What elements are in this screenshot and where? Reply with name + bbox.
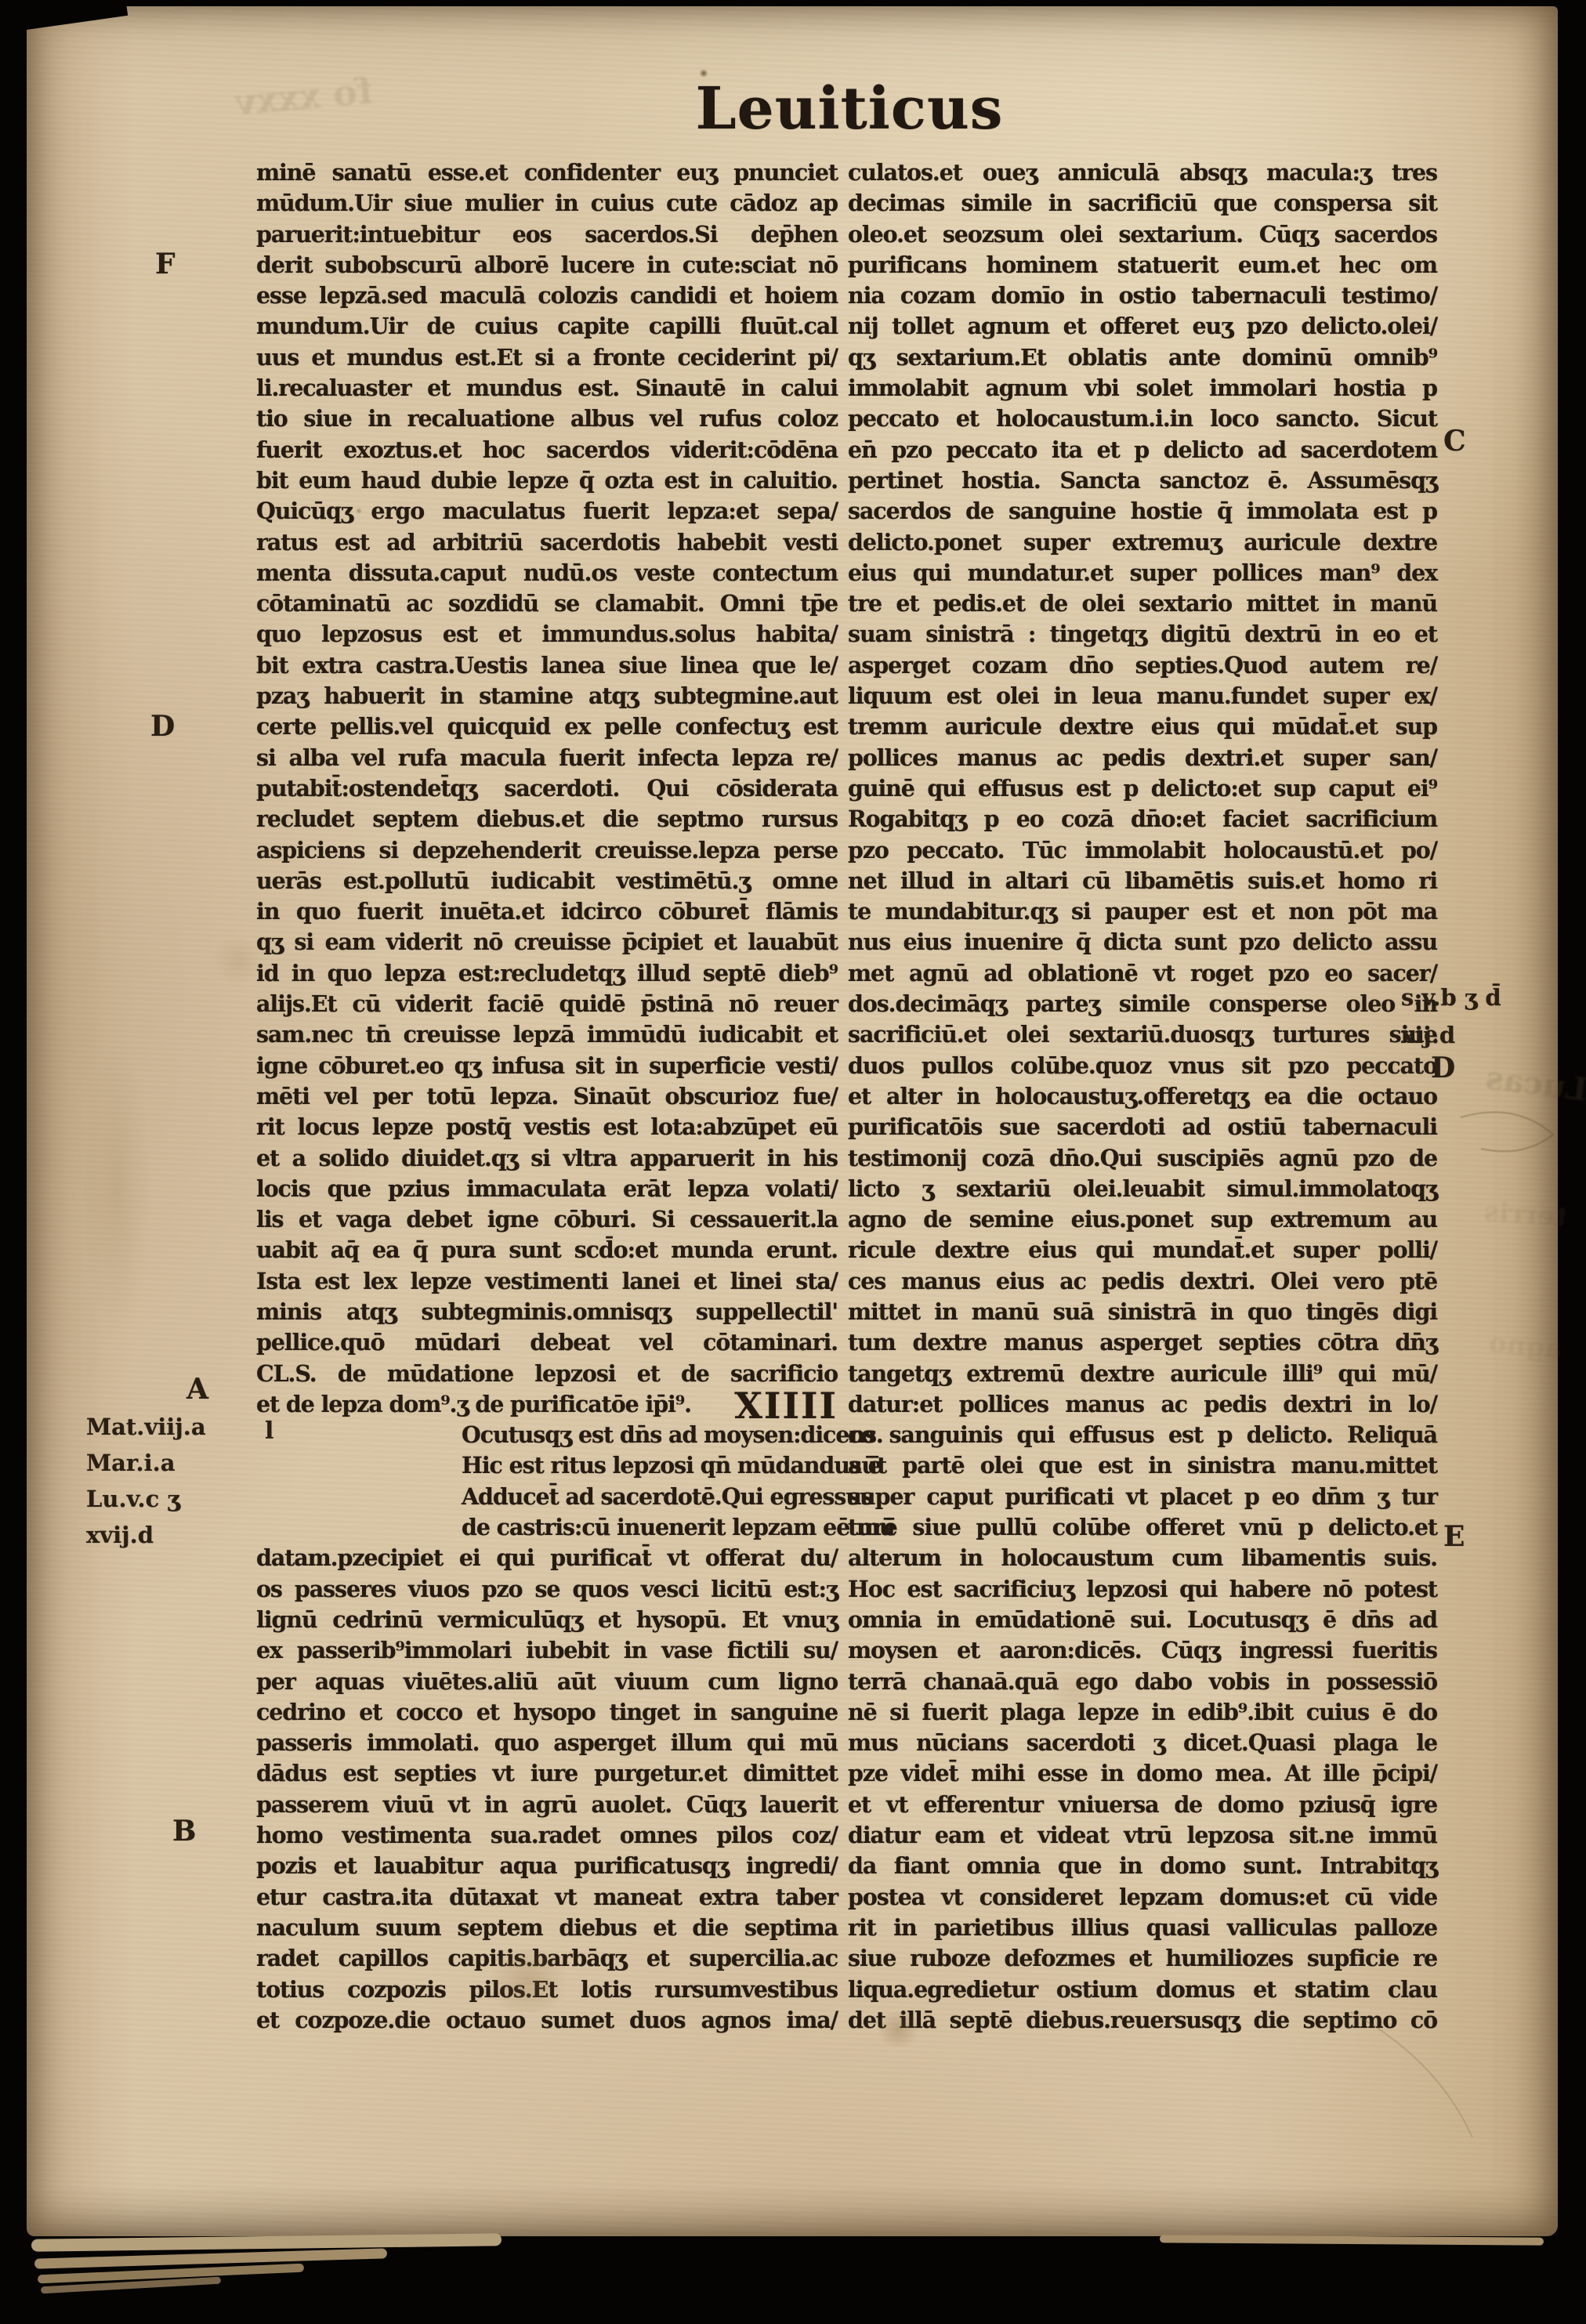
text-line: lis et vaga debet igne cōburi. Si cessau… bbox=[256, 1204, 838, 1235]
text-line: et vt efferentur vniuersa de domo pziusq… bbox=[848, 1790, 1437, 1820]
text-line: te mundabitur.qʒ si pauper est et non pō… bbox=[848, 896, 1437, 927]
text-line: totius cozpozis pilos.Et lotis rursumves… bbox=[256, 1975, 838, 2005]
text-line: mus nūcians sacerdoti ʒ dicet.Quasi plag… bbox=[848, 1728, 1437, 1758]
margin-citation-svbtd: s.v.b ʒ d̄ bbox=[1401, 986, 1501, 1009]
margin-letter-d: D bbox=[150, 715, 175, 738]
margin-letter-c: C bbox=[1443, 429, 1466, 453]
text-line: pellice.quō mūdari debeat vel cōtaminari… bbox=[256, 1327, 838, 1358]
text-line: co sanguinis qui effusus est p delicto. … bbox=[848, 1420, 1437, 1450]
text-line: rit locus lepze postq̄ vestis est lota:a… bbox=[256, 1112, 838, 1142]
guide-letter-l: l bbox=[265, 1420, 273, 1443]
text-line: agno de semine eius.ponet sup extremum a… bbox=[848, 1204, 1437, 1235]
text-line: tangetqʒ extremū dextre auricule illi⁹ q… bbox=[848, 1359, 1437, 1389]
text-line: nē si fuerit plaga lepze in edib⁹.ibit c… bbox=[848, 1697, 1437, 1728]
margin-citation-matthew: Mat.viij.a bbox=[86, 1415, 206, 1439]
text-line: dos.decimāqʒ parteʒ simile consperse ole… bbox=[848, 989, 1437, 1019]
text-line: Quicūqʒ ergo maculatus fuerit lepza:et s… bbox=[256, 496, 838, 527]
text-line: putabit̄:ostendet̄qʒ sacerdoti. Qui cōsi… bbox=[256, 773, 838, 804]
text-line: naculum suum septem diebus et die septim… bbox=[256, 1913, 838, 1943]
page-edge bbox=[41, 2277, 221, 2294]
text-line: passeris immolati. quo asperget illum qu… bbox=[256, 1728, 838, 1758]
parchment-page: Leuiticus minē sanatū esse.et confidente… bbox=[27, 6, 1558, 2236]
text-line: mēti vel per totū lepza. Sinaūt obscurio… bbox=[256, 1081, 838, 1112]
text-line: pollices manus ac pedis dextri.et super … bbox=[848, 743, 1437, 773]
text-line: omnia in emūdationē sui. Locutusqʒ ē dn̄… bbox=[848, 1605, 1437, 1635]
text-line: et cozpoze.die octauo sumet duos agnos i… bbox=[256, 2005, 838, 2036]
text-line: decimas simile in sacrificiū que consper… bbox=[848, 188, 1437, 219]
text-line: pozis et lauabitur aqua purificatusqʒ in… bbox=[256, 1851, 838, 1881]
text-line: homo vestimenta sua.radet omnes pilos co… bbox=[256, 1820, 838, 1851]
margin-letter-e: E bbox=[1443, 1525, 1465, 1548]
text-line: da fiant omnia que in domo sunt. Intrabi… bbox=[848, 1851, 1437, 1881]
text-line: diatur eam et videat vtrū lepzosa sit.ne… bbox=[848, 1820, 1437, 1851]
text-line: Ista est lex lepze vestimenti lanei et l… bbox=[256, 1266, 838, 1297]
text-line: rit in parietibus illius quasi vallicula… bbox=[848, 1913, 1437, 1943]
text-line: purificans hominem statuerit eum.et hec … bbox=[848, 250, 1437, 281]
text-line: nia cozam domīo in ostio tabernaculi tes… bbox=[848, 281, 1437, 311]
right-column: culatos.et oueʒ anniculā absqʒ macula:ʒ … bbox=[848, 157, 1437, 2036]
text-line: nus eius inuenire q̄ dicta sunt pzo deli… bbox=[848, 927, 1437, 957]
text-line: liqua.egredietur ostium domus et statim … bbox=[848, 1975, 1437, 2005]
text-line: ex passerib⁹immolari iubebit in vase fic… bbox=[256, 1635, 838, 1666]
text-line: minis atqʒ subtegminis.omnisqʒ suppellec… bbox=[256, 1297, 838, 1327]
text-line: moysen et aaron:dicēs. Cūqʒ ingressi fue… bbox=[848, 1635, 1437, 1666]
text-line: minē sanatū esse.et confidenter euʒ pnun… bbox=[256, 157, 838, 188]
text-line: mūdum.Uir siue mulier in cuius cute cādo… bbox=[256, 188, 838, 219]
rubric-text: et de lepza dom⁹.ʒ de purificatōe ip̄i⁹. bbox=[256, 1389, 691, 1420]
text-line: aūt partē olei que est in sinistra manu.… bbox=[848, 1450, 1437, 1481]
text-line: Hic est ritus lepzosi qn̄ mūdandus ē bbox=[462, 1450, 838, 1481]
text-line: sacerdos de sanguine hostie q̄ immolata … bbox=[848, 496, 1437, 527]
text-line: tremm auricule dextre eius qui mūdat̄.et… bbox=[848, 711, 1437, 742]
text-line: tum dextre manus asperget septies cōtra … bbox=[848, 1327, 1437, 1358]
text-line: Adducet̄ ad sacerdotē.Qui egressus bbox=[462, 1482, 838, 1512]
margin-letter-a: A bbox=[186, 1377, 208, 1401]
text-line: locis que pzius immaculata erāt lepza vo… bbox=[256, 1174, 838, 1204]
text-line: alijs.Et cū viderit faciē quidē p̄stinā … bbox=[256, 989, 838, 1019]
text-line: met agnū ad oblationē vt roget pzo eo sa… bbox=[848, 958, 1437, 989]
text-line: id in quo lepza est:recludetqʒ illud sep… bbox=[256, 958, 838, 989]
text-line: peccato et holocaustum.i.in loco sancto.… bbox=[848, 404, 1437, 434]
ghost-showthrough-text: terris bbox=[1483, 1196, 1568, 1233]
text-line: Ocutusqʒ est dn̄s ad moysen:dicens. bbox=[462, 1420, 838, 1450]
text-line: sacrificiū.et olei sextariū.duosqʒ turtu… bbox=[848, 1019, 1437, 1050]
text-line: de castris:cū inuenerit lepzam eē mū bbox=[462, 1512, 838, 1543]
margin-letter-b: B bbox=[172, 1819, 196, 1843]
page-edge bbox=[34, 2248, 387, 2268]
text-line: Rogabitqʒ p eo cozā dn̄o:et faciet sacri… bbox=[848, 804, 1437, 834]
text-line: net illud in altari cū libamētis suis.et… bbox=[848, 866, 1437, 896]
text-line: os passeres viuos pzo se quos vesci lici… bbox=[256, 1574, 838, 1605]
text-line: Hoc est sacrificiuʒ lepzosi qui habere n… bbox=[848, 1574, 1437, 1605]
text-line: menta dissuta.caput nudū.os veste contec… bbox=[256, 558, 838, 588]
text-line: ratus est ad arbitriū sacerdotis habebit… bbox=[256, 527, 838, 558]
text-line: pzaʒ habuerit in stamine atqʒ subtegmine… bbox=[256, 681, 838, 711]
text-line: eius qui mundatur.et super pollices man⁹… bbox=[848, 558, 1437, 588]
text-line: pze videt̄ mihi esse in domo mea. At ill… bbox=[848, 1758, 1437, 1789]
text-line: oleo.et seozsum olei sextarium. Cūqʒ sac… bbox=[848, 219, 1437, 250]
text-line: det illā septē diebus.reuersusqʒ die sep… bbox=[848, 2005, 1437, 2036]
text-line: uabit aq̄ ea q̄ pura sunt scd̄o:et munda… bbox=[256, 1235, 838, 1265]
text-line: aspiciens si depzehenderit creuisse.lepz… bbox=[256, 835, 838, 866]
text-line: quo lepzosus est et immundus.solus habit… bbox=[256, 619, 838, 650]
text-line: postea vt consideret lepzam domus:et cū … bbox=[848, 1882, 1437, 1913]
page-edge bbox=[38, 2264, 304, 2284]
text-line: cedrino et cocco et hysopo tinget in san… bbox=[256, 1697, 838, 1728]
text-line: pzo peccato. Tūc immolabit holocaustū.et… bbox=[848, 835, 1437, 866]
text-line: purificatōis sue sacerdoti ad ostiū tabe… bbox=[848, 1112, 1437, 1142]
text-line: passerem viuū vt in agrū auolet. Cūqʒ la… bbox=[256, 1790, 838, 1820]
text-line: ces manus eius ac pedis dextri. Olei ver… bbox=[848, 1266, 1437, 1297]
text-line: derit subobscurū alborē lucere in cute:s… bbox=[256, 250, 838, 281]
text-line: etur castra.ita dūtaxat vt maneat extra … bbox=[256, 1882, 838, 1913]
text-line: guinē qui effusus est p delicto:et sup c… bbox=[848, 773, 1437, 804]
text-line: culatos.et oueʒ anniculā absqʒ macula:ʒ … bbox=[848, 157, 1437, 188]
margin-letter-f: F bbox=[155, 252, 176, 276]
chapter-number: XIIII bbox=[734, 1392, 838, 1420]
text-line: datam.pzecipiet ei qui purificat̄ vt off… bbox=[256, 1543, 838, 1573]
text-line: en̄ pzo peccato ita et p delicto ad sace… bbox=[848, 435, 1437, 465]
ghost-showthrough-text: agno bbox=[1487, 1327, 1562, 1365]
text-line: mittet in manū suā sinistrā in quo tingē… bbox=[848, 1297, 1437, 1327]
text-line: licto ʒ sextariū olei.leuabit simul.immo… bbox=[848, 1174, 1437, 1204]
ghost-showthrough-text: fo xxxv bbox=[234, 69, 375, 123]
text-line: datur:et pollices manus ac pedis dextri … bbox=[848, 1389, 1437, 1420]
text-line: recludet septem diebus.et die septmo rur… bbox=[256, 804, 838, 834]
text-line: qʒ si eam viderit nō creuisse p̄cipiet e… bbox=[256, 927, 838, 957]
text-line: testimonij cozā dn̄o.Qui suscipiēs agnū … bbox=[848, 1143, 1437, 1174]
text-line: et alter in holocaustuʒ.offeretqʒ ea die… bbox=[848, 1081, 1437, 1112]
text-line: et de lepza dom⁹.ʒ de purificatōe ip̄i⁹.… bbox=[256, 1389, 838, 1420]
text-line: asperget cozam dn̄o septies.Quod autem r… bbox=[848, 650, 1437, 681]
text-line: bit extra castra.Uestis lanea siue linea… bbox=[256, 650, 838, 681]
text-line: immolabit agnum vbi solet immolari hosti… bbox=[848, 373, 1437, 404]
text-line: terrā chanaā.quā ego dabo vobis in posse… bbox=[848, 1667, 1437, 1697]
text-line: duos pullos colūbe.quoz vnus sit pzo pec… bbox=[848, 1051, 1437, 1081]
text-line: siue ruboze defozmes et humiliozes supfi… bbox=[848, 1943, 1437, 1974]
text-line: tio siue in recaluatione albus vel rufus… bbox=[256, 404, 838, 434]
stain bbox=[81, 1041, 152, 1338]
text-line: delicto.ponet super extremuʒ auricule de… bbox=[848, 527, 1437, 558]
text-line: alterum in holocaustum cum libamentis su… bbox=[848, 1543, 1437, 1573]
text-line: esse lepzā.sed maculā colozis candidi et… bbox=[256, 281, 838, 311]
text-line: radet capillos capitis.barbāqʒ et superc… bbox=[256, 1943, 838, 1974]
margin-citation-luke: Lu.v.c ʒ bbox=[86, 1487, 180, 1511]
text-line: suam sinistrā : tingetqʒ digitū dextrū i… bbox=[848, 619, 1437, 650]
text-line: mundum.Uir de cuius capite capilli fluūt… bbox=[256, 311, 838, 342]
text-line: paruerit:intuebitur eos sacerdos.Si dep̄… bbox=[256, 219, 838, 250]
text-line: in quo fuerit inuēta.et idcirco cōburet̄… bbox=[256, 896, 838, 927]
text-line: bit eum haud dubie lepze q̄ ozta est in … bbox=[256, 465, 838, 496]
text-line: et a solido diuidet.qʒ si vltra apparuer… bbox=[256, 1143, 838, 1174]
text-line: pertinet hostia. Sancta sanctoz ē. Assum… bbox=[848, 465, 1437, 496]
margin-letter-d-right: D bbox=[1431, 1056, 1455, 1080]
text-line: qʒ sextarium.Et oblatis ante dominū omni… bbox=[848, 342, 1437, 373]
text-line: igne cōburet.eo qʒ infusa sit in superfi… bbox=[256, 1051, 838, 1081]
text-line: nij tollet agnum et offeret euʒ pzo deli… bbox=[848, 311, 1437, 342]
text-line: tre et pedis.et de olei sextario mittet … bbox=[848, 588, 1437, 619]
text-line: liquum est olei in leua manu.fundet supe… bbox=[848, 681, 1437, 711]
text-line: per aquas viuētes.aliū aūt viuum cum lig… bbox=[256, 1667, 838, 1697]
left-column: minē sanatū esse.et confidenter euʒ pnun… bbox=[256, 157, 838, 2036]
text-line: cōtaminatū ac sozdidū se clamabit. Omni … bbox=[256, 588, 838, 619]
scanned-book-page: Leuiticus minē sanatū esse.et confidente… bbox=[0, 0, 1586, 2324]
text-line: ricule dextre eius qui mundat̄.et super … bbox=[848, 1235, 1437, 1265]
text-line: dādus est septies vt iure purgetur.et di… bbox=[256, 1758, 838, 1789]
margin-citation-xij: xij.d bbox=[1401, 1023, 1455, 1047]
text-line: fuerit exoztus.et hoc sacerdos viderit:c… bbox=[256, 435, 838, 465]
text-line: super caput purificati vt placet p eo dn… bbox=[848, 1482, 1437, 1512]
text-line: certe pellis.vel quicquid ex pelle confe… bbox=[256, 711, 838, 742]
margin-citation-chapter: xvij.d bbox=[86, 1523, 154, 1547]
text-line: uus et mundus est.Et si a fronte cecider… bbox=[256, 342, 838, 373]
text-line: si alba vel rufa macula fuerit infecta l… bbox=[256, 743, 838, 773]
running-title: Leuiticus bbox=[693, 75, 1006, 143]
margin-citation-mark: Mar.i.a bbox=[86, 1451, 176, 1475]
text-line: lignū cedrinū vermiculūqʒ et hysopū. Et … bbox=[256, 1605, 838, 1635]
page-edge bbox=[1160, 2235, 1544, 2245]
ghost-showthrough-text: Lucas bbox=[1484, 1059, 1586, 1108]
text-line: uerās est.pollutū iudicabit vestimētū.ʒ … bbox=[256, 866, 838, 896]
text-line: turē siue pullū colūbe offeret vnū p del… bbox=[848, 1512, 1437, 1543]
text-line: sam.nec tn̄ creuisse lepzā immūdū iudica… bbox=[256, 1019, 838, 1050]
text-line: li.recaluaster et mundus est. Sinautē in… bbox=[256, 373, 838, 404]
